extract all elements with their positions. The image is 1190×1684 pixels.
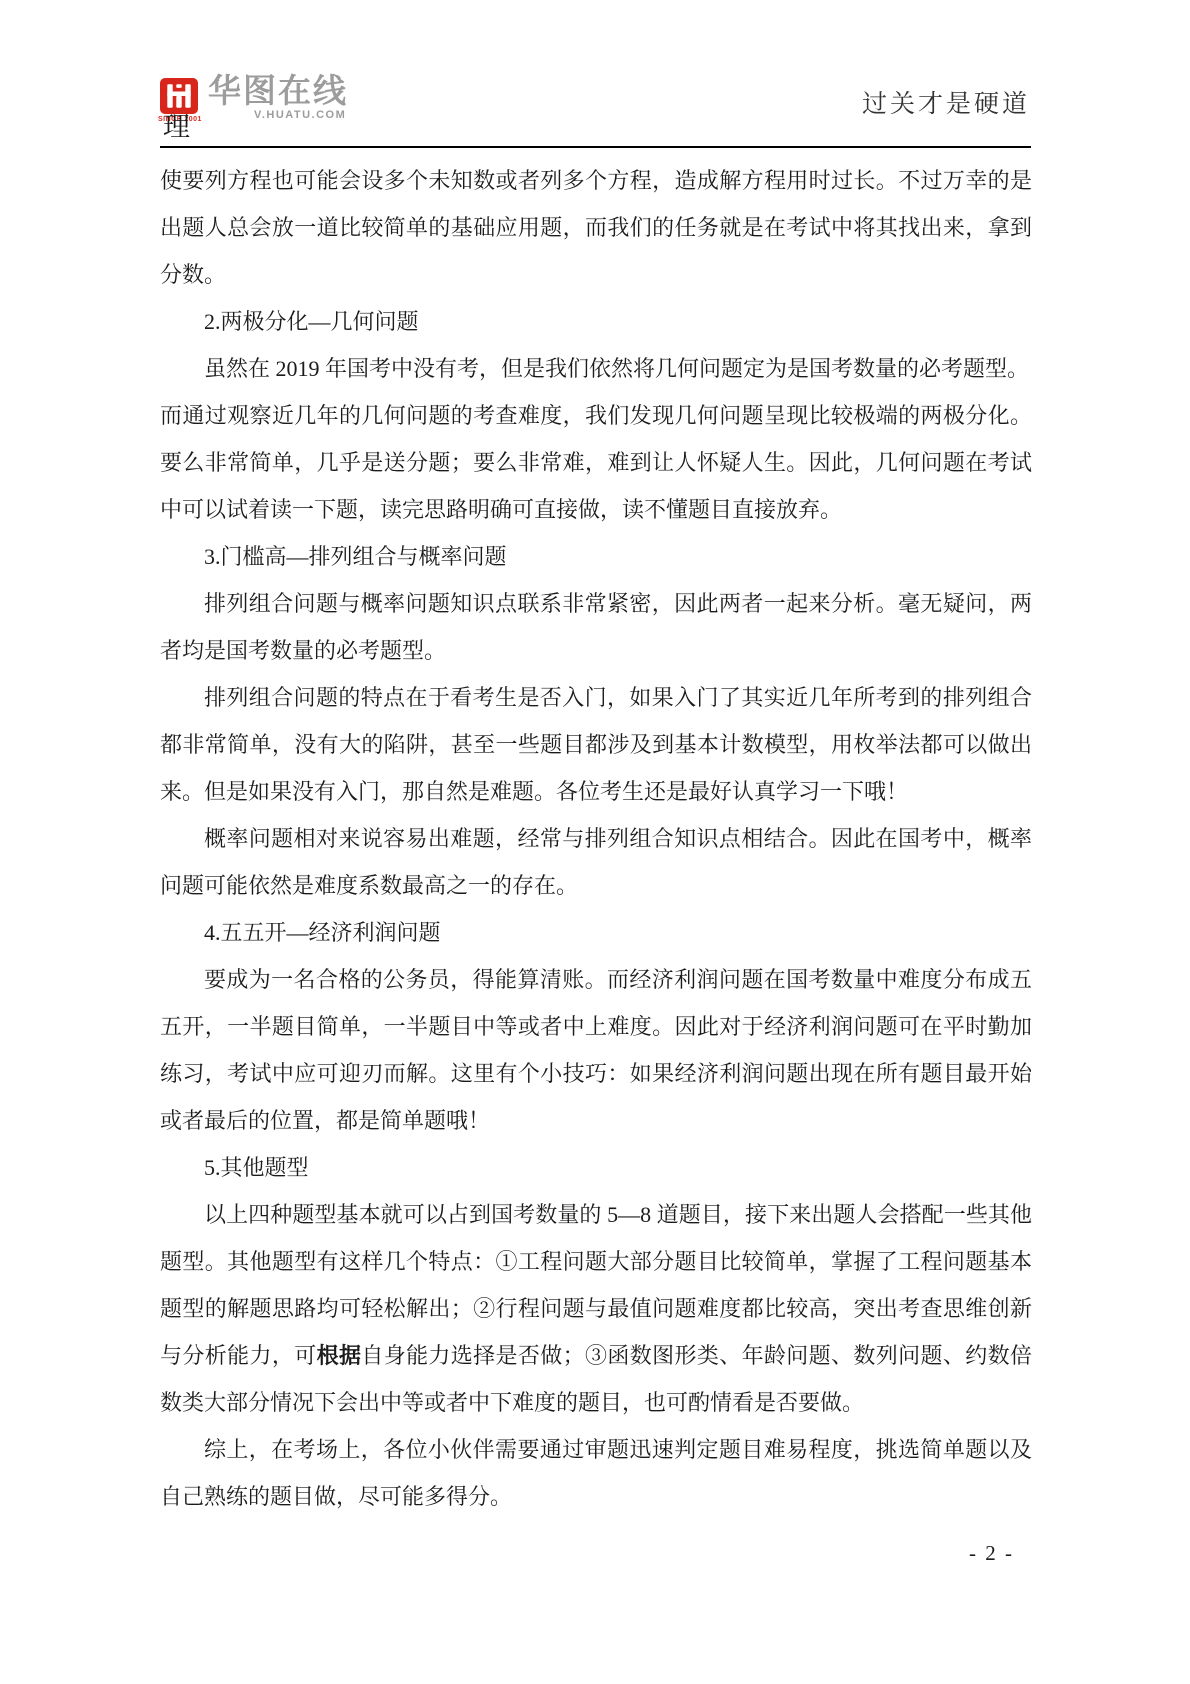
text-line: 以上四种题型基本就可以占到国考数量的 5—8 道题目，接下来出题人会搭配一些其他 (160, 1191, 1032, 1238)
text-line: 分数。 (160, 251, 1032, 298)
text-line: 或者最后的位置，都是简单题哦！ (160, 1097, 1032, 1144)
header-slogan: 过关才是硬道 (862, 92, 1030, 117)
text-line: 3.门槛高—排列组合与概率问题 (160, 533, 1032, 580)
text-line: 都非常简单，没有大的陷阱，甚至一些题目都涉及到基本计数模型，用枚举法都可以做出 (160, 721, 1032, 768)
text-line: 出题人总会放一道比较简单的基础应用题，而我们的任务就是在考试中将其找出来，拿到 (160, 204, 1032, 251)
text-line: 要成为一名合格的公务员，得能算清账。而经济利润问题在国考数量中难度分布成五 (160, 956, 1032, 1003)
brand-name: 华图在线 (208, 74, 348, 107)
text-line: 排列组合问题的特点在于看考生是否入门，如果入门了其实近几年所考到的排列组合 (160, 674, 1032, 721)
body-lines: 使要列方程也可能会设多个未知数或者列多个方程，造成解方程用时过长。不过万幸的是出… (160, 157, 1032, 1520)
text-line: 使要列方程也可能会设多个未知数或者列多个方程，造成解方程用时过长。不过万幸的是 (160, 157, 1032, 204)
text-line: 来。但是如果没有入门，那自然是难题。各位考生还是最好认真学习一下哦！ (160, 768, 1032, 815)
text-line: 五开，一半题目简单，一半题目中等或者中上难度。因此对于经济利润问题可在平时勤加 (160, 1003, 1032, 1050)
text-line: 虽然在 2019 年国考中没有考，但是我们依然将几何问题定为是国考数量的必考题型… (160, 345, 1032, 392)
text-line: 排列组合问题与概率问题知识点联系非常紧密，因此两者一起来分析。毫无疑问，两 (160, 580, 1032, 627)
text-line: 4.五五开—经济利润问题 (160, 909, 1032, 956)
text-line: 数类大部分情况下会出中等或者中下难度的题目，也可酌情看是否要做。 (160, 1379, 1032, 1426)
text-line: 2.两极分化—几何问题 (160, 298, 1032, 345)
huatu-logo-icon (160, 78, 198, 114)
text-line: 题型。其他题型有这样几个特点：①工程问题大部分题目比较简单，掌握了工程问题基本 (160, 1238, 1032, 1285)
text-line: 5.其他题型 (160, 1144, 1032, 1191)
text-line: 综上，在考场上，各位小伙伴需要通过审题迅速判定题目难易程度，挑选简单题以及 (160, 1426, 1032, 1473)
header-divider (160, 146, 1031, 148)
page-number: - 2 - (969, 1543, 1014, 1564)
text-line: 中可以试着读一下题，读完思路明确可直接做，读不懂题目直接放弃。 (160, 486, 1032, 533)
brand-domain: V.HUATU.COM (254, 110, 346, 121)
text-line: 练习，考试中应可迎刃而解。这里有个小技巧：如果经济利润问题出现在所有题目最开始 (160, 1050, 1032, 1097)
text-line: 要么非常简单，几乎是送分题；要么非常难，难到让人怀疑人生。因此，几何问题在考试 (160, 439, 1032, 486)
document-page: SINCE 2001 华图在线 V.HUATU.COM 理 过关才是硬道 使要列… (0, 0, 1190, 1684)
text-line: 概率问题相对来说容易出难题，经常与排列组合知识点相结合。因此在国考中，概率 (160, 815, 1032, 862)
text-line: 与分析能力，可根据自身能力选择是否做；③函数图形类、年龄问题、数列问题、约数倍 (160, 1332, 1032, 1379)
text-line: 问题可能依然是难度系数最高之一的存在。 (160, 862, 1032, 909)
text-line: 题型的解题思路均可轻松解出；②行程问题与最值问题难度都比较高，突出考查思维创新 (160, 1285, 1032, 1332)
text-line: 者均是国考数量的必考题型。 (160, 627, 1032, 674)
text-line: 而通过观察近几年的几何问题的考查难度，我们发现几何问题呈现比较极端的两极分化。 (160, 392, 1032, 439)
header-watermark-char: 理 (163, 114, 190, 141)
text-line: 自己熟练的题目做，尽可能多得分。 (160, 1473, 1032, 1520)
